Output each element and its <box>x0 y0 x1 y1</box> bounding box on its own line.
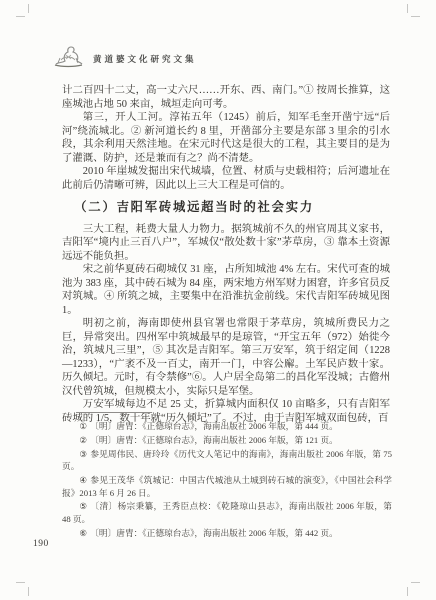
crop-mark-top-right-v <box>407 4 408 13</box>
footnote: ⑤〔清〕杨宗秉纂，王秀臣点校：《乾隆琼山县志》，海南出版社 2006 年版，第 … <box>62 500 392 525</box>
crop-mark-bottom-right-v <box>407 587 408 596</box>
footnote: ⑥〔明〕唐胄：《正德琼台志》，海南出版社 2006 年版，第 442 页。 <box>62 527 392 539</box>
section-heading: （二）吉阳军砖城远超当时的社会实力 <box>62 201 390 215</box>
huangdaopo-weaving-sketch-icon <box>52 42 84 70</box>
book-page: 黄道婆文化研究文集 计二百四十二丈，高一丈六尺……开东、西、南门。”① 按周长推… <box>0 0 436 600</box>
footnote-marker: ③ <box>79 449 87 459</box>
body-paragraph: 明初之前，海南即使州县官署也常限于茅草房，筑城所费民力之巨，异常突出。四州军中筑… <box>62 317 390 398</box>
footnote-text: 〔明〕唐胄：《正德琼台志》，海南出版社 2006 年版，第 121 页。 <box>90 435 338 445</box>
body-paragraph: 宋之前华夏砖石砌城仅 31 座，占所知城池 4% 左右。宋代可查的城池为 383… <box>62 263 390 317</box>
body-paragraph: 第三，开人工河。淳祐五年（1245）前后，知军毛奎开凿宁远“后河”绕流城北。② … <box>62 111 390 165</box>
crop-mark-top-right-h <box>411 16 420 17</box>
body-paragraph: 计二百四十二丈，高一丈六尺……开东、西、南门。”① 按周长推算，这座城池占地 5… <box>62 84 390 111</box>
footnote-text: 参见周伟民、唐玲玲《历代文人笔记中的海南》，海南出版社 2006 年版，第 75… <box>62 449 392 471</box>
footnote-marker: ⑥ <box>79 528 87 538</box>
footnote-marker: ① <box>79 421 87 431</box>
body-text-column: 计二百四十二丈，高一丈六尺……开东、西、南门。”① 按周长推算，这座城池占地 5… <box>62 84 390 425</box>
footnote: ③参见周伟民、唐玲玲《历代文人笔记中的海南》，海南出版社 2006 年版，第 7… <box>62 448 392 473</box>
crop-mark-top-left-v <box>28 4 29 13</box>
page-number: 190 <box>33 539 49 549</box>
footnote: ①〔明〕唐胄：《正德琼台志》，海南出版社 2006 年版，第 444 页。 <box>62 420 392 432</box>
footnote-text: 〔清〕杨宗秉纂，王秀臣点校：《乾隆琼山县志》，海南出版社 2006 年版，第 4… <box>62 501 392 523</box>
crop-mark-bottom-left-v <box>28 587 29 596</box>
footnote: ④参见王茂华《筑城记：中国古代城池从土城到砖石城的演变》，《中国社会科学报》20… <box>62 474 392 499</box>
page-header: 黄道婆文化研究文集 <box>52 42 197 70</box>
footnote-marker: ⑤ <box>79 501 87 511</box>
footnote-text: 〔明〕唐胄：《正德琼台志》，海南出版社 2006 年版，第 444 页。 <box>90 421 338 431</box>
crop-mark-bottom-right-h <box>411 582 420 583</box>
footnote-marker: ② <box>79 435 87 445</box>
footnotes-block: ①〔明〕唐胄：《正德琼台志》，海南出版社 2006 年版，第 444 页。 ②〔… <box>62 412 392 541</box>
footnote-text: 参见王茂华《筑城记：中国古代城池从土城到砖石城的演变》，《中国社会科学报》201… <box>62 475 392 497</box>
footnote-marker: ④ <box>79 475 87 485</box>
crop-mark-bottom-left-h <box>16 582 25 583</box>
series-title: 黄道婆文化研究文集 <box>93 47 197 65</box>
footnote-separator-rule <box>76 412 152 413</box>
footnote: ②〔明〕唐胄：《正德琼台志》，海南出版社 2006 年版，第 121 页。 <box>62 434 392 446</box>
footnote-text: 〔明〕唐胄：《正德琼台志》，海南出版社 2006 年版，第 442 页。 <box>90 528 338 538</box>
body-paragraph: 2010 年崖城发掘出宋代城墙，位置、材质与史载相符；后河遗址在此前后仍清晰可辨… <box>62 165 390 192</box>
body-paragraph: 三大工程，耗费大量人力物力。据筑城前不久的州官周其义家书，吉阳军“境内止三百八户… <box>62 223 390 264</box>
crop-mark-top-left-h <box>16 16 25 17</box>
